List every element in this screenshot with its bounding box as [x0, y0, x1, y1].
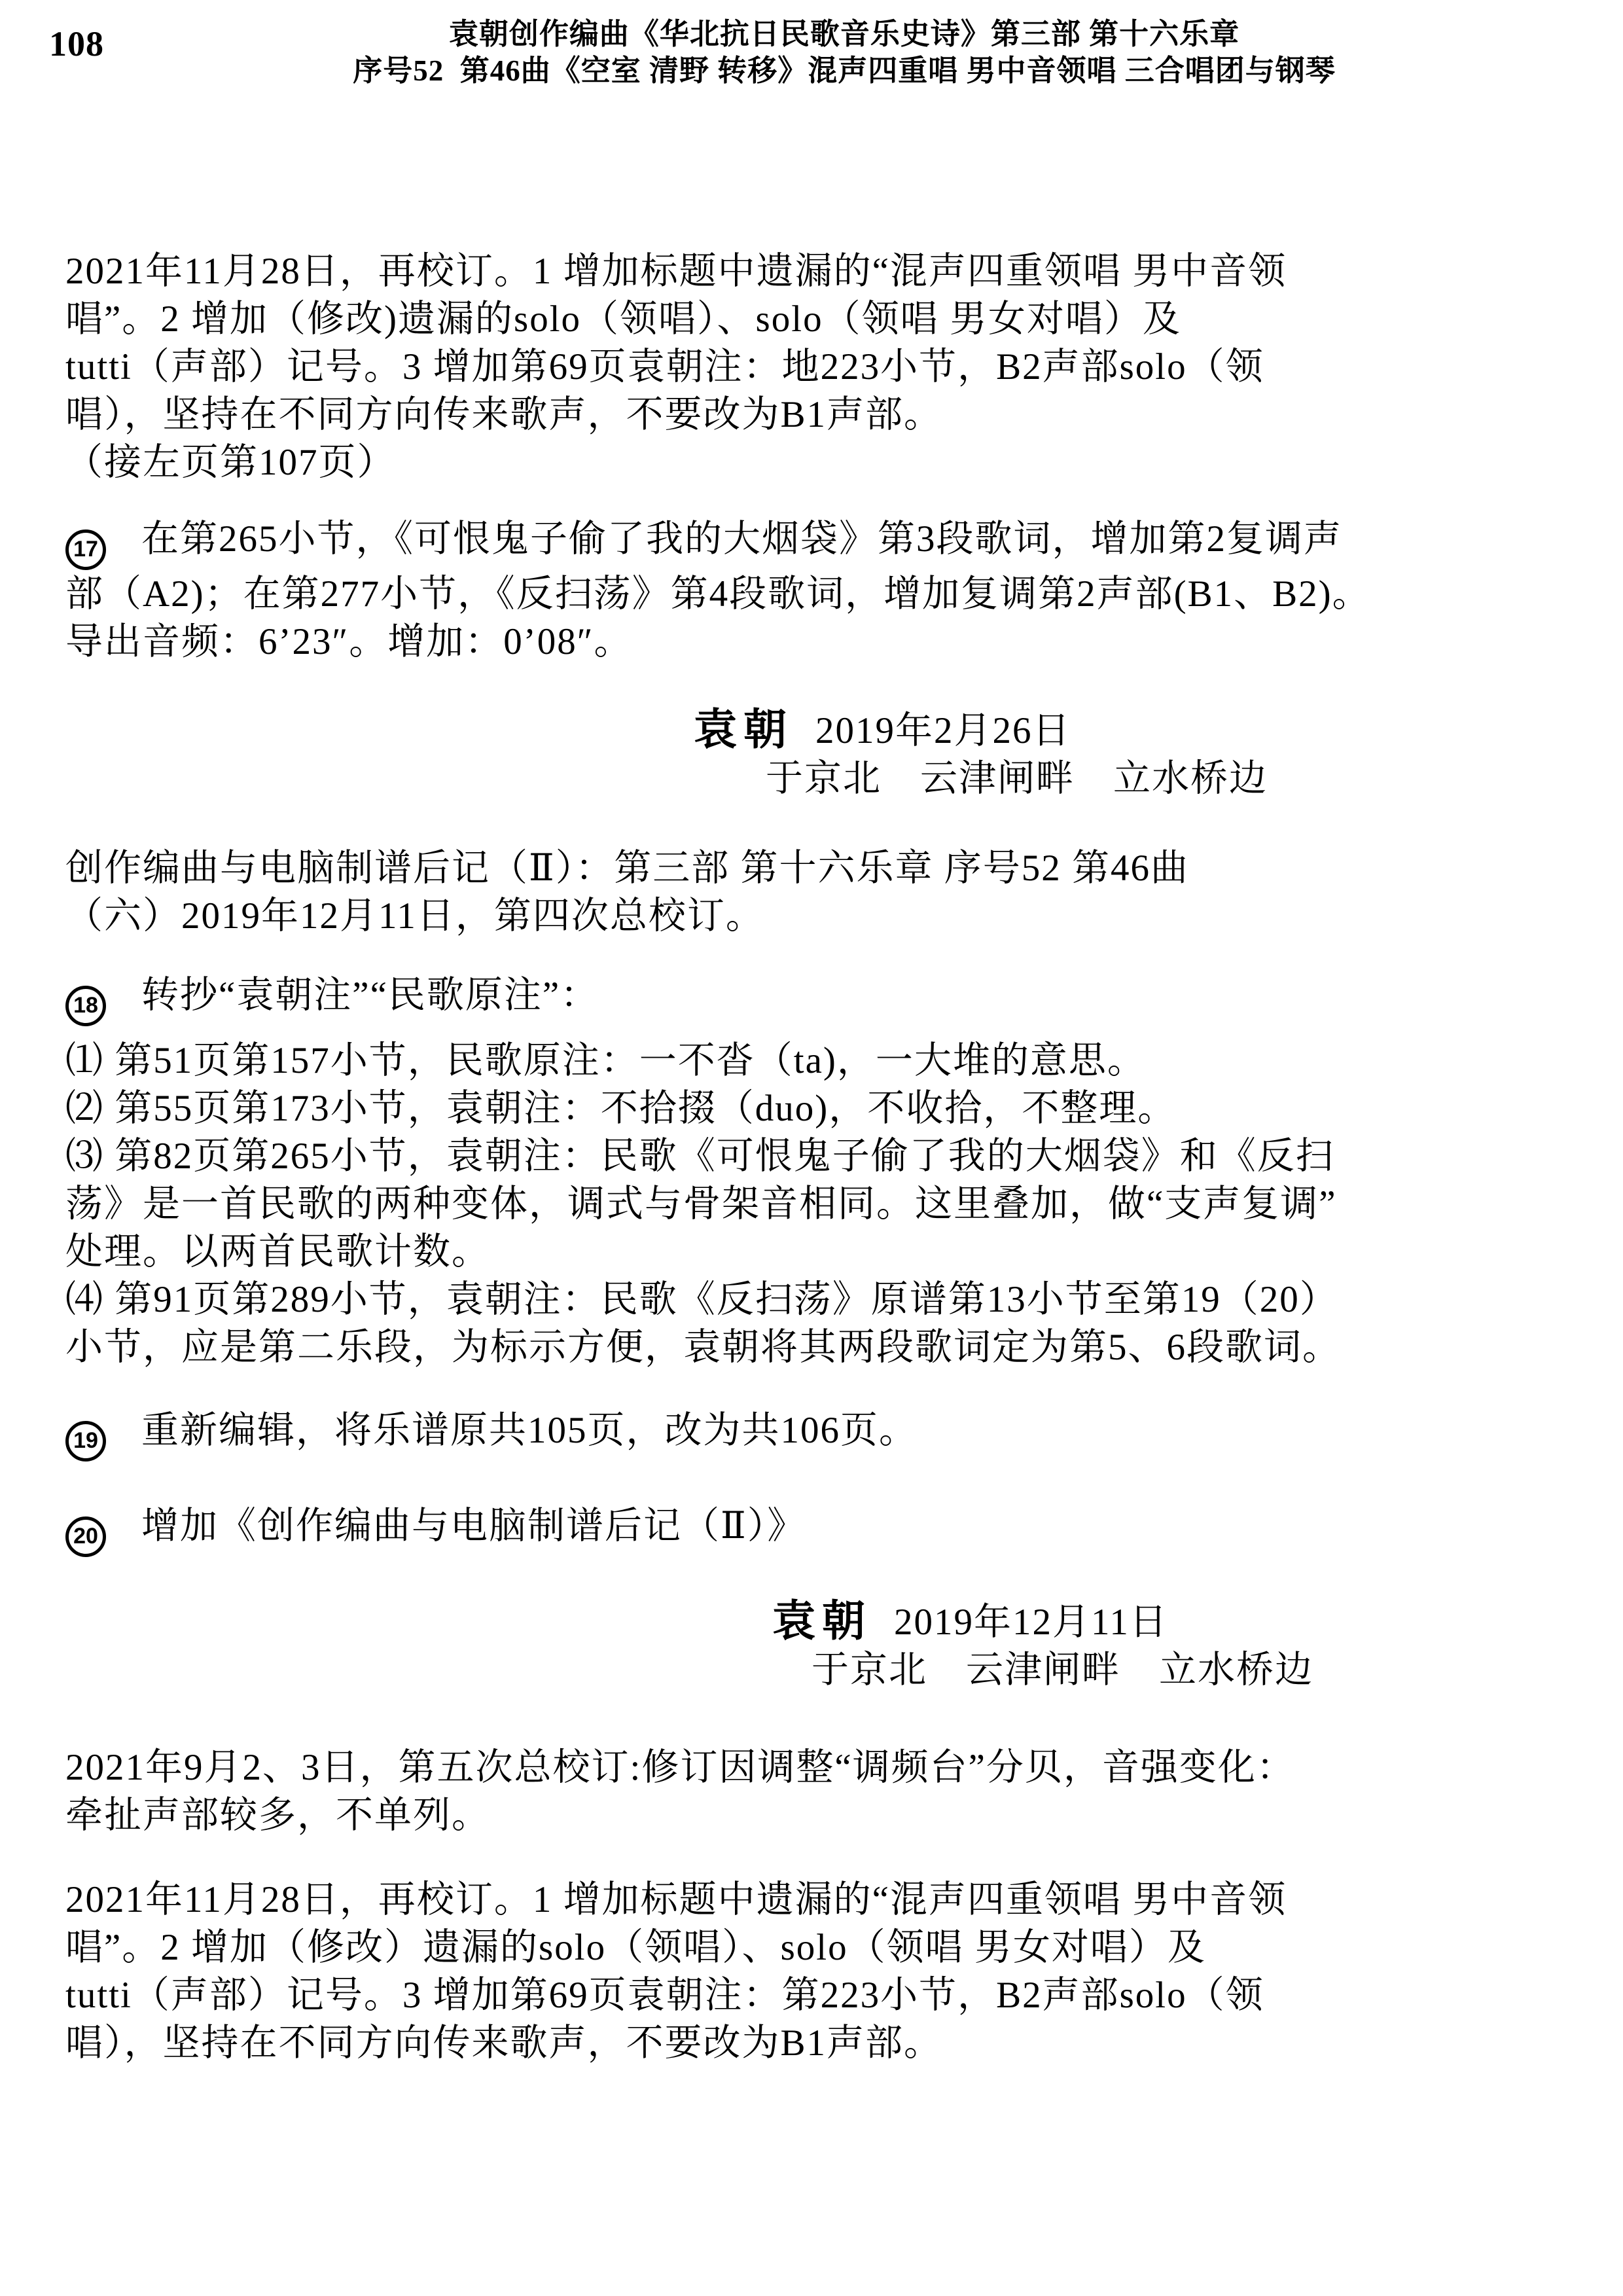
text-line: 唱），坚持在不同方向传来歌声，不要改为B1声部。	[65, 2019, 1584, 2067]
circled-number-20: 20	[65, 1516, 106, 1557]
signature-name: 袁朝	[694, 706, 793, 754]
signature-date: 2019年2月26日	[815, 710, 1071, 751]
text-line: tutti（声部）记号。3 增加第69页袁朝注：第223小节，B2声部solo（…	[65, 1971, 1584, 2019]
circled-number-19: 19	[65, 1421, 106, 1462]
text-line: 2021年11月28日，再校订。1 增加标题中遗漏的“混声四重领唱 男中音领	[65, 1876, 1584, 1924]
item-line: ⑷ 第91页第289小节，袁朝注：民歌《反扫荡》原谱第13小节至第19（20）	[65, 1276, 1584, 1323]
running-header: 袁朝创作编曲《华北抗日民歌音乐史诗》第三部 第十六乐章 序号52 第46曲《空室…	[0, 0, 1623, 89]
note-18: 18转抄“袁朝注”“民歌原注”： ⑴ 第51页第157小节，民歌原注：一不沓（t…	[65, 971, 1584, 1371]
text-line: 18转抄“袁朝注”“民歌原注”：	[65, 971, 1584, 1026]
note-18-title: 转抄“袁朝注”“民歌原注”：	[141, 975, 599, 1016]
note-20: 20增加《创作编曲与电脑制谱后记（Ⅱ）》	[65, 1502, 1584, 1557]
header-line-2: 序号52 第46曲《空室 清野 转移》混声四重唱 男中音领唱 三合唱团与钢琴	[98, 52, 1590, 89]
document-page: 108 袁朝创作编曲《华北抗日民歌音乐史诗》第三部 第十六乐章 序号52 第46…	[0, 0, 1623, 2296]
text-line: （六）2019年12月11日，第四次总校订。	[65, 892, 1584, 940]
postscript-heading: 创作编曲与电脑制谱后记（Ⅱ）：第三部 第十六乐章 序号52 第46曲 （六）20…	[65, 844, 1584, 940]
continued-from-page-note: （接左页第107页）	[65, 439, 1584, 486]
item-line: ⑴ 第51页第157小节，民歌原注：一不沓（ta)，一大堆的意思。	[65, 1037, 1584, 1085]
text-line: tutti（声部）记号。3 增加第69页袁朝注：地223小节，B2声部solo（…	[65, 343, 1584, 391]
text-line: 20增加《创作编曲与电脑制谱后记（Ⅱ）》	[65, 1502, 1584, 1557]
item-line: ⑶ 第82页第265小节，袁朝注：民歌《可恨鬼子偷了我的大烟袋》和《反扫	[65, 1132, 1584, 1180]
signature-name: 袁朝	[772, 1598, 872, 1645]
text-line: 唱”。2 增加（修改）遗漏的solo（领唱）、solo（领唱 男女对唱）及	[65, 1924, 1584, 1971]
note-19: 19重新编辑，将乐谱原共105页，改为共106页。	[65, 1407, 1584, 1462]
text-line: 19重新编辑，将乐谱原共105页，改为共106页。	[65, 1407, 1584, 1462]
signature-date: 2019年12月11日	[894, 1602, 1168, 1643]
signature-block-2: 袁朝2019年12月11日 于京北 云津闸畔 立水桥边	[65, 1598, 1584, 1694]
revision-note-2021-11-28-first: 2021年11月28日，再校订。1 增加标题中遗漏的“混声四重领唱 男中音领 唱…	[65, 247, 1584, 486]
note-17-first-line: 在第265小节，《可恨鬼子偷了我的大烟袋》第3段歌词，增加第2复调声	[141, 518, 1342, 560]
text-line: 17在第265小节，《可恨鬼子偷了我的大烟袋》第3段歌词，增加第2复调声	[65, 515, 1584, 570]
revision-note-2021-11-28-second: 2021年11月28日，再校订。1 增加标题中遗漏的“混声四重领唱 男中音领 唱…	[65, 1876, 1584, 2067]
text-line: 导出音频：6’23″。增加：0’08″。	[65, 618, 1584, 666]
item-line: ⑵ 第55页第173小节，袁朝注：不拾掇（duo)，不收拾，不整理。	[65, 1085, 1584, 1132]
text-line: 2021年11月28日，再校订。1 增加标题中遗漏的“混声四重领唱 男中音领	[65, 247, 1584, 295]
text-line: 唱”。2 增加（修改)遗漏的solo（领唱）、solo（领唱 男女对唱）及	[65, 295, 1584, 343]
body-column: 2021年11月28日，再校订。1 增加标题中遗漏的“混声四重领唱 男中音领 唱…	[65, 247, 1584, 2067]
signature-block-1: 袁朝2019年2月26日 于京北 云津闸畔 立水桥边	[65, 706, 1584, 802]
circled-number-17: 17	[65, 529, 106, 570]
page-number: 108	[49, 24, 104, 64]
signature-line: 袁朝2019年2月26日	[694, 706, 1584, 755]
item-line: 小节，应是第二乐段，为标示方便，袁朝将其两段歌词定为第5、6段歌词。	[65, 1323, 1584, 1371]
header-line-1: 袁朝创作编曲《华北抗日民歌音乐史诗》第三部 第十六乐章	[98, 16, 1590, 52]
note-17: 17在第265小节，《可恨鬼子偷了我的大烟袋》第3段歌词，增加第2复调声 部（A…	[65, 515, 1584, 666]
note-20-text: 增加《创作编曲与电脑制谱后记（Ⅱ）》	[141, 1505, 806, 1547]
circled-number-18: 18	[65, 986, 106, 1026]
text-line: 部（A2)；在第277小节，《反扫荡》第4段歌词，增加复调第2声部(B1、B2)…	[65, 570, 1584, 618]
signature-place: 于京北 云津闸畔 立水桥边	[766, 755, 1584, 802]
note-19-text: 重新编辑，将乐谱原共105页，改为共106页。	[141, 1410, 918, 1451]
signature-line: 袁朝2019年12月11日	[772, 1598, 1584, 1646]
item-line: 处理。以两首民歌计数。	[65, 1228, 1584, 1276]
revision-note-2021-09: 2021年9月2、3日，第五次总校订:修订因调整“调频台”分贝，音强变化： 牵扯…	[65, 1744, 1584, 1839]
text-line: 2021年9月2、3日，第五次总校订:修订因调整“调频台”分贝，音强变化：	[65, 1744, 1584, 1791]
item-line: 荡》是一首民歌的两种变体，调式与骨架音相同。这里叠加，做“支声复调”	[65, 1180, 1584, 1228]
note-18-items: ⑴ 第51页第157小节，民歌原注：一不沓（ta)，一大堆的意思。 ⑵ 第55页…	[65, 1037, 1584, 1371]
text-line: 唱），坚持在不同方向传来歌声，不要改为B1声部。	[65, 391, 1584, 439]
text-line: 创作编曲与电脑制谱后记（Ⅱ）：第三部 第十六乐章 序号52 第46曲	[65, 844, 1584, 892]
text-line: 牵扯声部较多，不单列。	[65, 1791, 1584, 1839]
signature-place: 于京北 云津闸畔 立水桥边	[811, 1646, 1584, 1694]
